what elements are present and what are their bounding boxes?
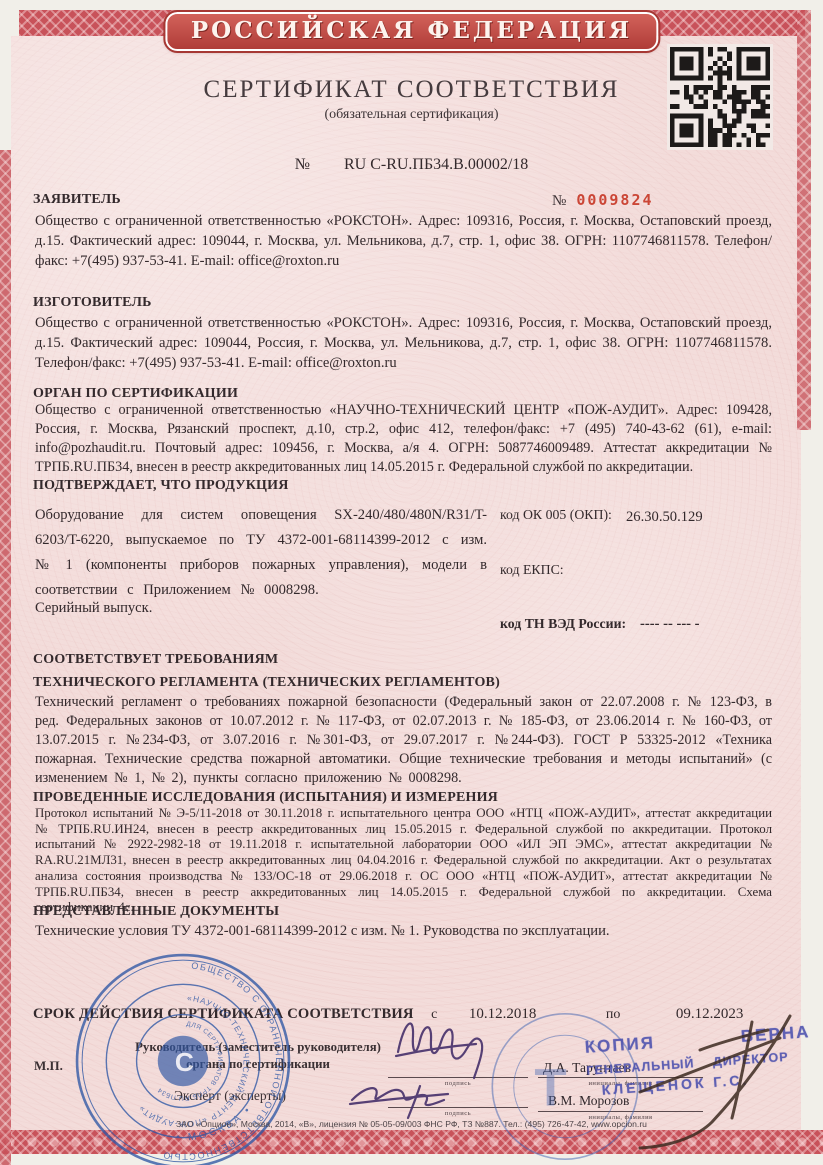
company-stamp-logo: T — [534, 1059, 566, 1118]
certification-body-round-stamp: С ОБЩЕСТВО С ОГРАНИЧЕННОЙ ОТВЕТСТВЕННОСТ… — [72, 950, 294, 1165]
frame-left — [0, 150, 11, 1165]
code-tnved-label: код ТН ВЭД России: — [500, 616, 626, 632]
documents-text: Технические условия ТУ 4372-001-68114399… — [35, 921, 772, 941]
product-text: Оборудование для систем оповещения SX-24… — [35, 503, 487, 603]
country-banner: РОССИЙСКАЯ ФЕДЕРАЦИЯ — [165, 12, 658, 51]
requirements-text: Технический регламент о требованиях пожа… — [35, 693, 772, 787]
certification-body-heading: ОРГАН ПО СЕРТИФИКАЦИИ — [33, 386, 238, 402]
applicant-heading: ЗАЯВИТЕЛЬ — [33, 192, 121, 208]
tests-text: Протокол испытаний № Э-5/11-2018 от 30.1… — [35, 806, 772, 916]
certificate-title: СЕРТИФИКАТ СООТВЕТСТВИЯ — [0, 76, 823, 104]
manufacturer-text: Общество с ограниченной ответственностью… — [35, 313, 772, 373]
code-okp-label: код ОК 005 (ОКП): — [500, 507, 612, 523]
number-value: RU C-RU.ПБ34.В.00002/18 — [344, 156, 528, 173]
seal-place-label: М.П. — [34, 1058, 63, 1074]
manufacturer-heading: ИЗГОТОВИТЕЛЬ — [33, 295, 152, 311]
validity-from-label: с — [431, 1007, 437, 1022]
applicant-text: Общество с ограниченной ответственностью… — [35, 211, 772, 271]
frame-right — [797, 10, 811, 430]
print-house-note: ЗАО «Опцион», Москва, 2014, «В», лицензи… — [0, 1119, 823, 1129]
number-label: № — [295, 156, 310, 173]
requirements-heading-1: СООТВЕТСТВУЕТ ТРЕБОВАНИЯМ — [33, 652, 278, 668]
copy-stamp-word-right: ВЕРНА — [740, 1022, 811, 1047]
code-okp-value: 26.30.50.129 — [626, 509, 703, 526]
blank-serial-number: №0009824 — [552, 191, 654, 210]
country-banner-text: РОССИЙСКАЯ ФЕДЕРАЦИЯ — [191, 17, 632, 44]
tests-heading: ПРОВЕДЕННЫЕ ИССЛЕДОВАНИЯ (ИСПЫТАНИЯ) И И… — [33, 790, 498, 806]
code-ekps-label: код ЕКПС: — [500, 562, 564, 578]
requirements-heading-2: ТЕХНИЧЕСКОГО РЕГЛАМЕНТА (ТЕХНИЧЕСКИХ РЕГ… — [33, 675, 500, 691]
confirms-heading: ПОДТВЕРЖДАЕТ, ЧТО ПРОДУКЦИЯ — [33, 478, 289, 494]
certificate-number: №RU C-RU.ПБ34.В.00002/18 — [0, 156, 823, 174]
copy-stamp-word-left: КОПИЯ — [584, 1033, 655, 1058]
validity-to-date: 09.12.2023 — [676, 1006, 744, 1022]
documents-heading: ПРЕДСТАВЛЕННЫЕ ДОКУМЕНТЫ — [33, 904, 279, 920]
stamp-center-glyph: С — [175, 1047, 194, 1077]
certificate-page: РОССИЙСКАЯ ФЕДЕРАЦИЯ СЕРТИФИКАТ СООТВЕТС… — [0, 0, 823, 1165]
certificate-subtitle: (обязательная сертификация) — [0, 107, 823, 123]
certification-body-text: Общество с ограниченной ответственностью… — [35, 401, 772, 477]
code-tnved-value: ---- -- --- - — [640, 616, 700, 633]
serial-production-note: Серийный выпуск. — [35, 598, 487, 618]
